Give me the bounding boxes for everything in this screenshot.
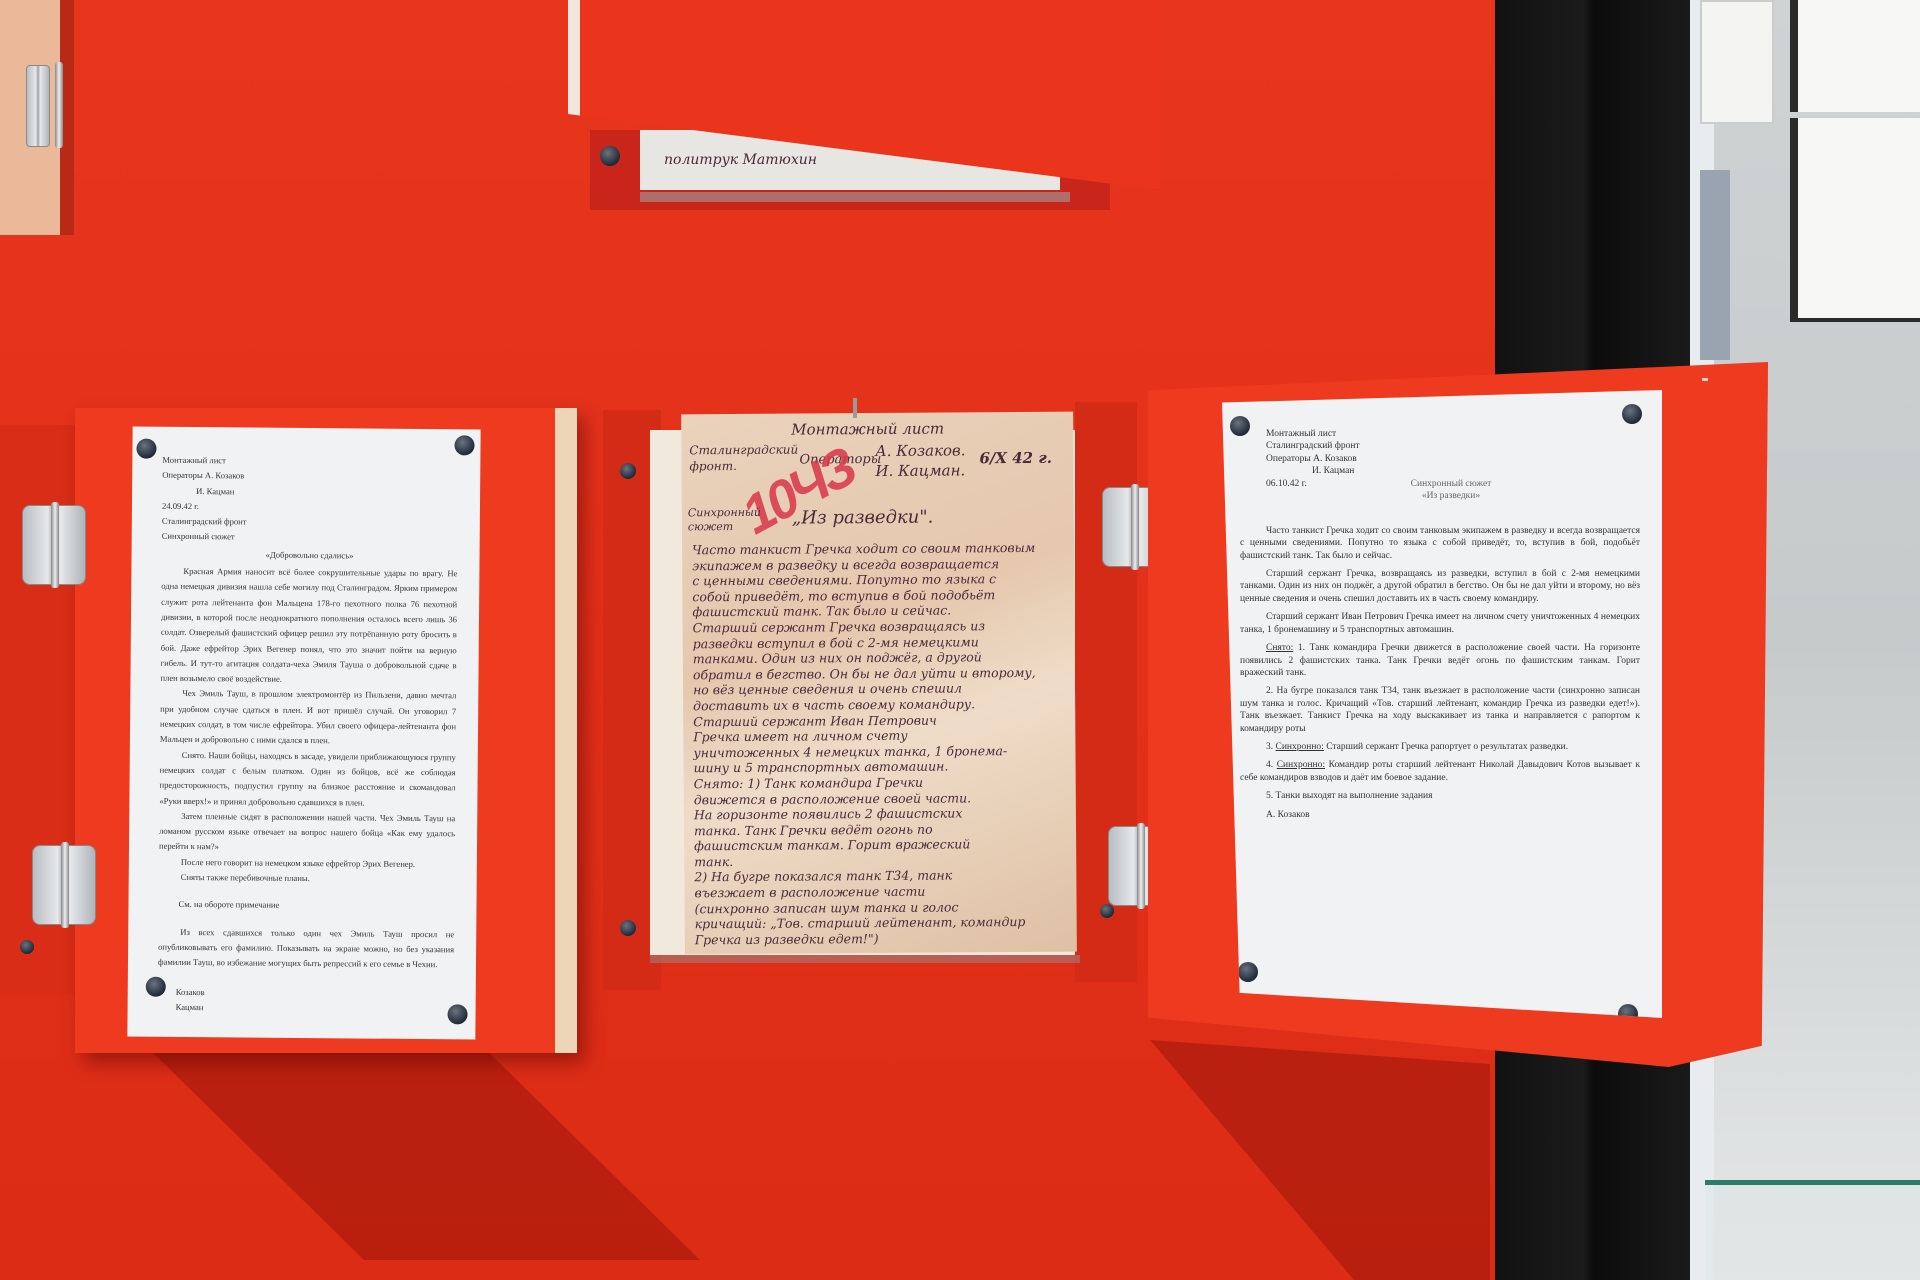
background-frame	[1790, 0, 1920, 112]
item-text: 2. На бугре показался танк Т34, танк въе…	[1240, 686, 1640, 733]
background-frame	[1700, 0, 1774, 124]
item-text: Старший сержант Гречка рапортует о резул…	[1324, 742, 1568, 752]
screw-icon	[600, 146, 620, 166]
display-pin	[853, 398, 857, 418]
screw-icon	[1100, 904, 1114, 918]
acrylic-shelf	[640, 192, 1070, 202]
acrylic-shelf	[650, 955, 1080, 963]
note: Из всех сдавшихся только один чех Эмиль …	[158, 924, 454, 972]
pin-icon	[454, 435, 474, 455]
signature: Кацман	[158, 1000, 454, 1018]
center-handwritten-document: Монтажный лист Сталинградский фронт. Опе…	[681, 412, 1077, 955]
handwritten-date: 6/X 42 г.	[979, 446, 1052, 472]
shot-item: 3. Синхронно: Старший сержант Гречка рап…	[1240, 741, 1640, 753]
pin-icon	[1238, 962, 1258, 982]
paragraph: Старший сержант Гречка, возвращаясь из р…	[1240, 568, 1640, 605]
paragraph: Красная Армия наносит всё более сокрушит…	[160, 564, 457, 689]
paragraph: Старший сержант Иван Петрович Гречка име…	[1240, 611, 1640, 636]
pin-icon	[1622, 404, 1642, 424]
paragraph: Затем пленные сидят в расположении нашей…	[159, 809, 455, 857]
screw-icon	[20, 940, 34, 954]
shot-item: 4. Синхронно: Командир роты старший лейт…	[1240, 759, 1640, 784]
shot-item: 5. Танки выходят на выполнение задания	[1240, 790, 1640, 802]
paragraph: Чех Эмиль Тауш, в прошлом электромонтёр …	[160, 686, 457, 750]
paragraph: Часто танкист Гречка ходит со своим танк…	[1240, 525, 1640, 562]
shot-item: 2. На бугре показался танк Т34, танк въе…	[1240, 685, 1640, 735]
background-doorway	[1700, 170, 1730, 360]
handwritten-sync-label: Синхронный сюжет	[688, 506, 758, 534]
screw-icon	[620, 463, 636, 479]
paragraph: Снято. Наши бойцы, находясь в засаде, ув…	[159, 747, 456, 811]
signature: А. Козаков	[1240, 809, 1640, 821]
pin-icon	[136, 439, 156, 459]
header-line: Синхронный сюжет	[162, 529, 458, 547]
header-line: Операторы А. Козаков	[1266, 453, 1636, 465]
handwritten-line: Часто танкист Гречка ходит со своим танк…	[692, 540, 1068, 558]
shot-item: Снято: 1. Танк командира Гречки движется…	[1240, 642, 1640, 679]
handwritten-line: кричащий: „Тов. старший лейтенант, коман…	[695, 914, 1071, 932]
item-label: Синхронно:	[1277, 760, 1325, 770]
item-number: 4.	[1266, 760, 1277, 770]
header-line: Сталинградский фронт	[1266, 440, 1636, 452]
header-line: Монтажный лист	[1266, 428, 1636, 440]
panel-pin	[1702, 378, 1708, 381]
pin-icon	[1230, 416, 1250, 436]
glass-display-case	[1705, 1180, 1920, 1280]
left-document: Монтажный лист Операторы А. Козаков И. К…	[127, 426, 480, 1039]
item-number: 3.	[1266, 742, 1276, 752]
handwritten-line: Гречка из разведки едет!")	[695, 930, 1071, 948]
document-title: «Из разведки»	[1266, 490, 1636, 502]
right-document: Монтажный лист Сталинградский фронт Опер…	[1222, 390, 1662, 1018]
top-document-text: политрук Матюхин	[664, 148, 817, 173]
hinge	[22, 505, 86, 585]
handwritten-title: „Из разведки".	[792, 505, 934, 531]
header-line: И. Кацман	[162, 483, 458, 501]
hinge	[32, 845, 96, 925]
document-subtitle: Синхронный сюжет	[1266, 478, 1636, 490]
screw-icon	[620, 920, 636, 936]
handwritten-front: Сталинградский фронт.	[689, 442, 779, 475]
background-frame	[1790, 118, 1920, 322]
item-label: Синхронно:	[1276, 742, 1324, 752]
item-text: 1. Танк командира Гречки движется в расп…	[1240, 643, 1640, 678]
note-reference: См. на обороте примечание	[158, 897, 454, 915]
item-text: 5. Танки выходят на выполнение задания	[1266, 791, 1433, 801]
paragraph: Сняты также перебивочные планы.	[159, 870, 455, 888]
hinge	[26, 65, 50, 147]
header-line: И. Кацман	[1266, 465, 1636, 477]
document-title: «Добровольно сдались»	[161, 547, 457, 565]
handwritten-operator: И. Кацман.	[875, 458, 965, 484]
item-label: Снято:	[1266, 643, 1293, 653]
handwritten-line: обратил в бегство. Он бы не дал уйти и в…	[693, 664, 1069, 682]
